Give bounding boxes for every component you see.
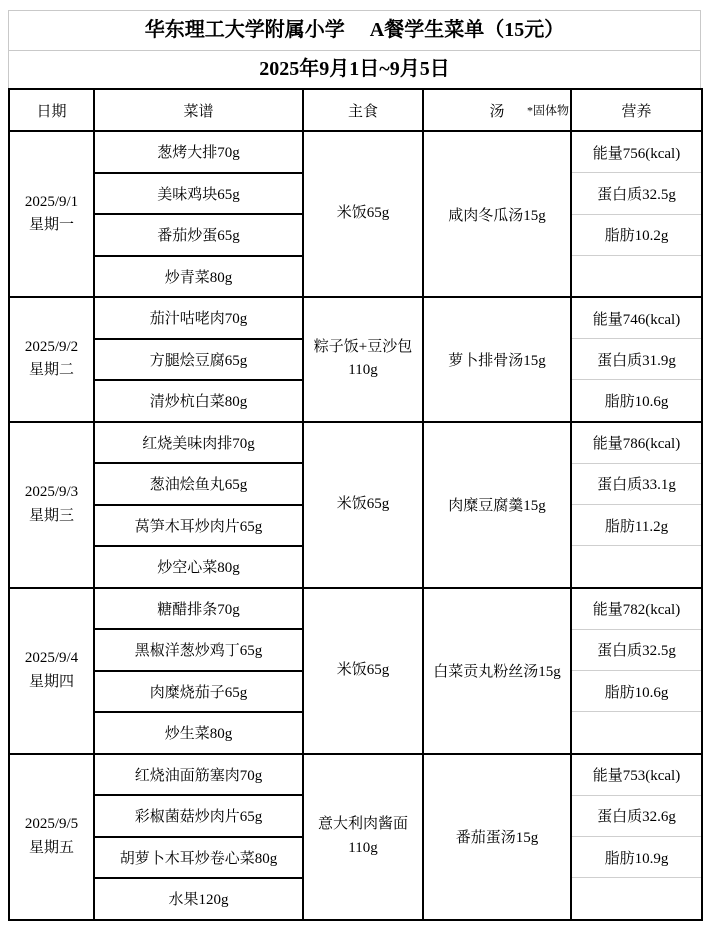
header-soup-note: *固体物 <box>527 102 569 119</box>
dish-cell: 莴笋木耳炒肉片65g <box>94 505 303 547</box>
nutrition-item <box>572 711 701 752</box>
date-cell: 2025/9/1 星期一 <box>9 131 94 297</box>
date-cell: 2025/9/5 星期五 <box>9 754 94 920</box>
dish-cell: 炒青菜80g <box>94 256 303 298</box>
menu-row: 2025/9/4 星期四糖醋排条70g米饭65g白菜贡丸粉丝汤15g能量782(… <box>9 588 702 630</box>
nutrition-item: 蛋白质32.6g <box>572 795 701 836</box>
dish-cell: 红烧美味肉排70g <box>94 422 303 464</box>
header-soup: 汤 *固体物 <box>423 89 571 131</box>
nutrition-item: 脂肪10.6g <box>572 379 701 420</box>
nutrition-grid: 能量786(kcal)蛋白质33.1g脂肪11.2g <box>572 423 701 587</box>
dish-cell: 水果120g <box>94 878 303 920</box>
nutrition-cell: 能量782(kcal)蛋白质32.5g脂肪10.6g <box>571 588 702 754</box>
header-menu: 菜谱 <box>94 89 303 131</box>
date-cell: 2025/9/2 星期二 <box>9 297 94 422</box>
menu-row: 2025/9/3 星期三红烧美味肉排70g米饭65g肉糜豆腐羹15g能量786(… <box>9 422 702 464</box>
nutrition-item: 蛋白质32.5g <box>572 629 701 670</box>
menu-row: 2025/9/2 星期二茄汁咕咾肉70g粽子饭+豆沙包 110g萝卜排骨汤15g… <box>9 297 702 339</box>
nutrition-grid: 能量753(kcal)蛋白质32.6g脂肪10.9g <box>572 755 701 919</box>
nutrition-grid: 能量746(kcal)蛋白质31.9g脂肪10.6g <box>572 298 701 421</box>
dish-cell: 红烧油面筋塞肉70g <box>94 754 303 796</box>
page-title: 华东理工大学附属小学 A餐学生菜单（15元） <box>9 11 700 51</box>
dish-cell: 彩椒菌菇炒肉片65g <box>94 795 303 837</box>
nutrition-item: 蛋白质32.5g <box>572 172 701 213</box>
header-nutrition: 营养 <box>571 89 702 131</box>
menu-table: 日期 菜谱 主食 汤 *固体物 营养 2025/9/1 星期一葱烤大排70g米饭… <box>8 88 703 921</box>
staple-cell: 米饭65g <box>303 588 423 754</box>
nutrition-item: 脂肪11.2g <box>572 504 701 545</box>
nutrition-item: 脂肪10.2g <box>572 214 701 255</box>
nutrition-grid: 能量782(kcal)蛋白质32.5g脂肪10.6g <box>572 589 701 753</box>
dish-cell: 美味鸡块65g <box>94 173 303 215</box>
nutrition-item: 能量782(kcal) <box>572 589 701 629</box>
title-section: 华东理工大学附属小学 A餐学生菜单（15元） 2025年9月1日~9月5日 <box>8 10 701 88</box>
nutrition-cell: 能量753(kcal)蛋白质32.6g脂肪10.9g <box>571 754 702 920</box>
nutrition-item: 蛋白质33.1g <box>572 463 701 504</box>
dish-cell: 葱烤大排70g <box>94 131 303 173</box>
dish-cell: 糖醋排条70g <box>94 588 303 630</box>
soup-cell: 萝卜排骨汤15g <box>423 297 571 422</box>
nutrition-item: 能量786(kcal) <box>572 423 701 463</box>
menu-row: 2025/9/5 星期五红烧油面筋塞肉70g意大利肉酱面 110g番茄蛋汤15g… <box>9 754 702 796</box>
header-row: 日期 菜谱 主食 汤 *固体物 营养 <box>9 89 702 131</box>
dish-cell: 黑椒洋葱炒鸡丁65g <box>94 629 303 671</box>
staple-cell: 米饭65g <box>303 131 423 297</box>
date-cell: 2025/9/3 星期三 <box>9 422 94 588</box>
dish-cell: 葱油烩鱼丸65g <box>94 463 303 505</box>
nutrition-item <box>572 255 701 296</box>
dish-cell: 清炒杭白菜80g <box>94 380 303 422</box>
dish-cell: 肉糜烧茄子65g <box>94 671 303 713</box>
dish-cell: 炒空心菜80g <box>94 546 303 588</box>
soup-cell: 肉糜豆腐羹15g <box>423 422 571 588</box>
nutrition-item: 蛋白质31.9g <box>572 338 701 379</box>
nutrition-item <box>572 877 701 918</box>
nutrition-cell: 能量756(kcal)蛋白质32.5g脂肪10.2g <box>571 131 702 297</box>
header-date: 日期 <box>9 89 94 131</box>
nutrition-item: 能量753(kcal) <box>572 755 701 795</box>
dish-cell: 胡萝卜木耳炒卷心菜80g <box>94 837 303 879</box>
nutrition-item: 脂肪10.9g <box>572 836 701 877</box>
menu-sheet: 华东理工大学附属小学 A餐学生菜单（15元） 2025年9月1日~9月5日 日期… <box>8 10 701 921</box>
date-range: 2025年9月1日~9月5日 <box>9 51 700 88</box>
dish-cell: 方腿烩豆腐65g <box>94 339 303 381</box>
menu-row: 2025/9/1 星期一葱烤大排70g米饭65g咸肉冬瓜汤15g能量756(kc… <box>9 131 702 173</box>
staple-cell: 意大利肉酱面 110g <box>303 754 423 920</box>
nutrition-item <box>572 545 701 586</box>
soup-cell: 咸肉冬瓜汤15g <box>423 131 571 297</box>
staple-cell: 米饭65g <box>303 422 423 588</box>
nutrition-item: 能量756(kcal) <box>572 132 701 172</box>
header-staple: 主食 <box>303 89 423 131</box>
nutrition-cell: 能量786(kcal)蛋白质33.1g脂肪11.2g <box>571 422 702 588</box>
nutrition-item: 能量746(kcal) <box>572 298 701 338</box>
soup-cell: 白菜贡丸粉丝汤15g <box>423 588 571 754</box>
soup-cell: 番茄蛋汤15g <box>423 754 571 920</box>
dish-cell: 炒生菜80g <box>94 712 303 754</box>
nutrition-item: 脂肪10.6g <box>572 670 701 711</box>
nutrition-grid: 能量756(kcal)蛋白质32.5g脂肪10.2g <box>572 132 701 296</box>
header-soup-label: 汤 <box>489 104 504 120</box>
nutrition-cell: 能量746(kcal)蛋白质31.9g脂肪10.6g <box>571 297 702 422</box>
dish-cell: 番茄炒蛋65g <box>94 214 303 256</box>
date-cell: 2025/9/4 星期四 <box>9 588 94 754</box>
dish-cell: 茄汁咕咾肉70g <box>94 297 303 339</box>
staple-cell: 粽子饭+豆沙包 110g <box>303 297 423 422</box>
